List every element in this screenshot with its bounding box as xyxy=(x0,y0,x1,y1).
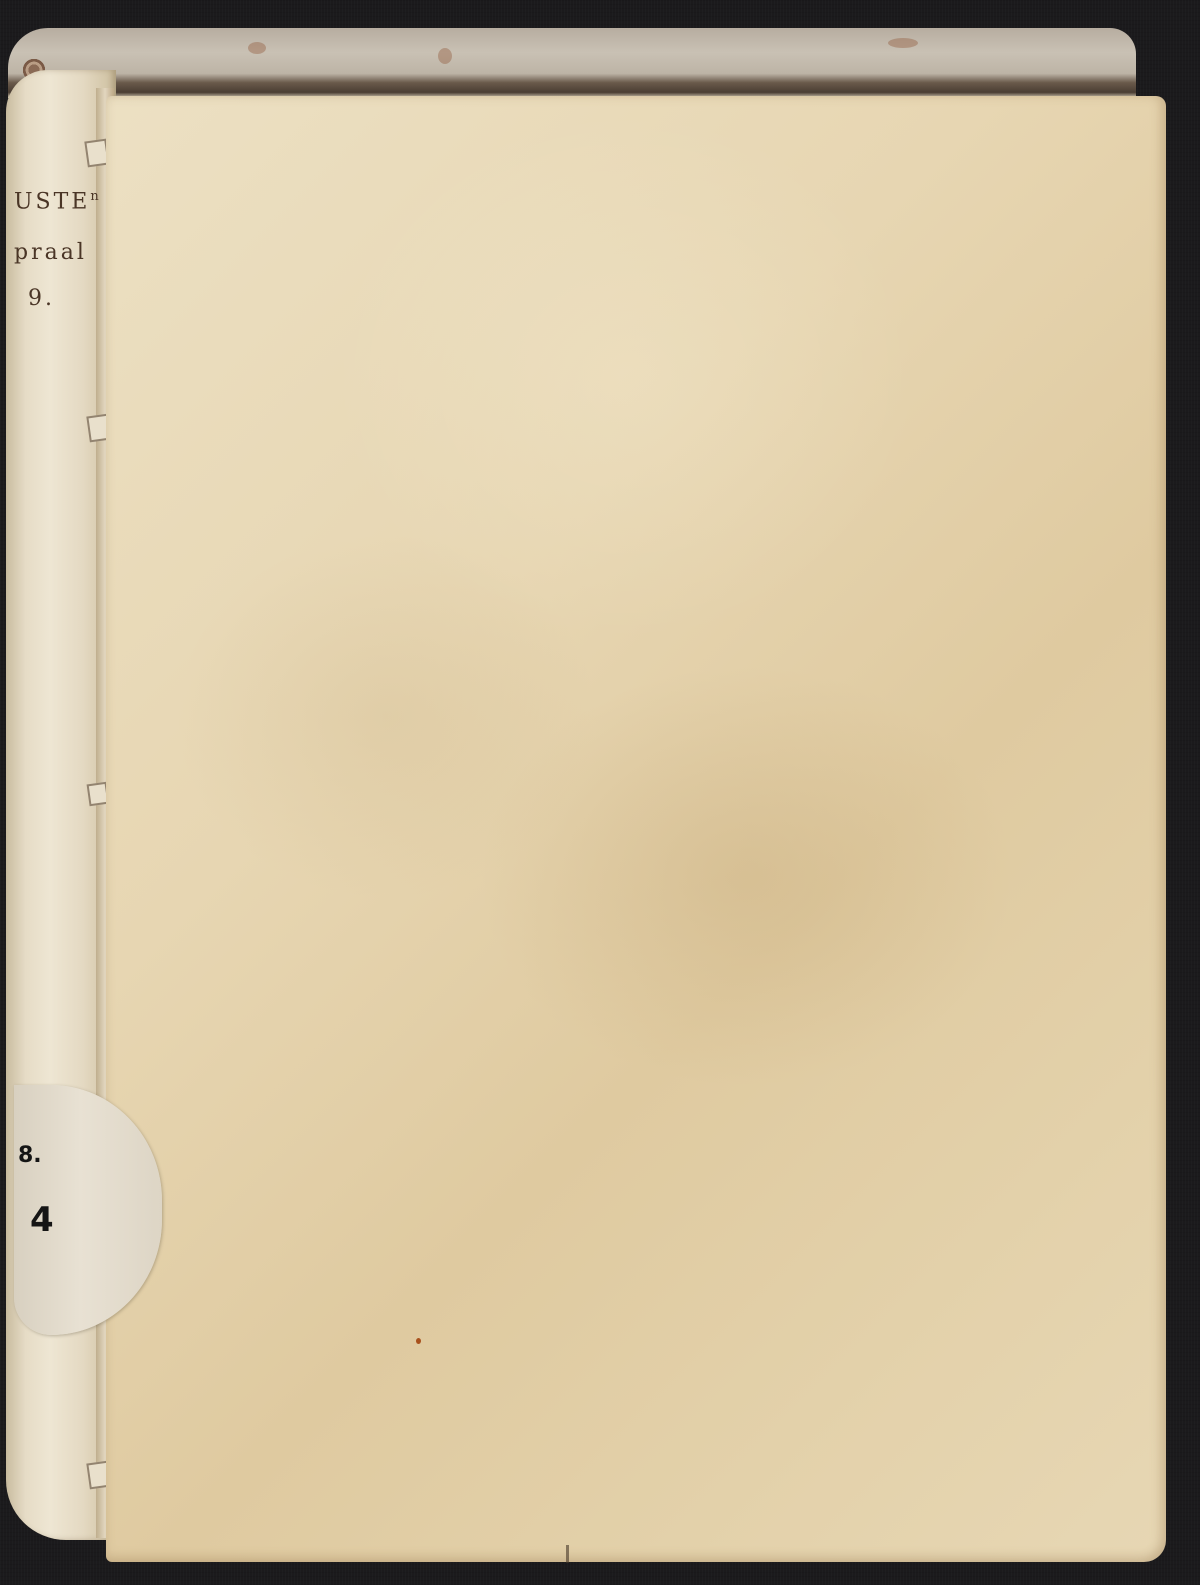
label-line-2: 4 xyxy=(30,1200,54,1240)
book-top-edge xyxy=(8,28,1136,98)
cover-crease xyxy=(566,1545,569,1563)
spine-title-line-3: 9. xyxy=(28,288,55,310)
front-cover xyxy=(106,96,1166,1562)
stain xyxy=(438,48,452,64)
spine-text-mark: n xyxy=(90,189,101,204)
spine-title-line-2: praal xyxy=(14,242,87,264)
spine-title-line-1: USTEn xyxy=(14,190,102,213)
rust-spot xyxy=(416,1338,421,1344)
label-line-1: 8. xyxy=(18,1143,42,1168)
stain xyxy=(248,42,266,54)
stain xyxy=(888,38,918,48)
spine-text-usten: USTE xyxy=(14,189,90,214)
